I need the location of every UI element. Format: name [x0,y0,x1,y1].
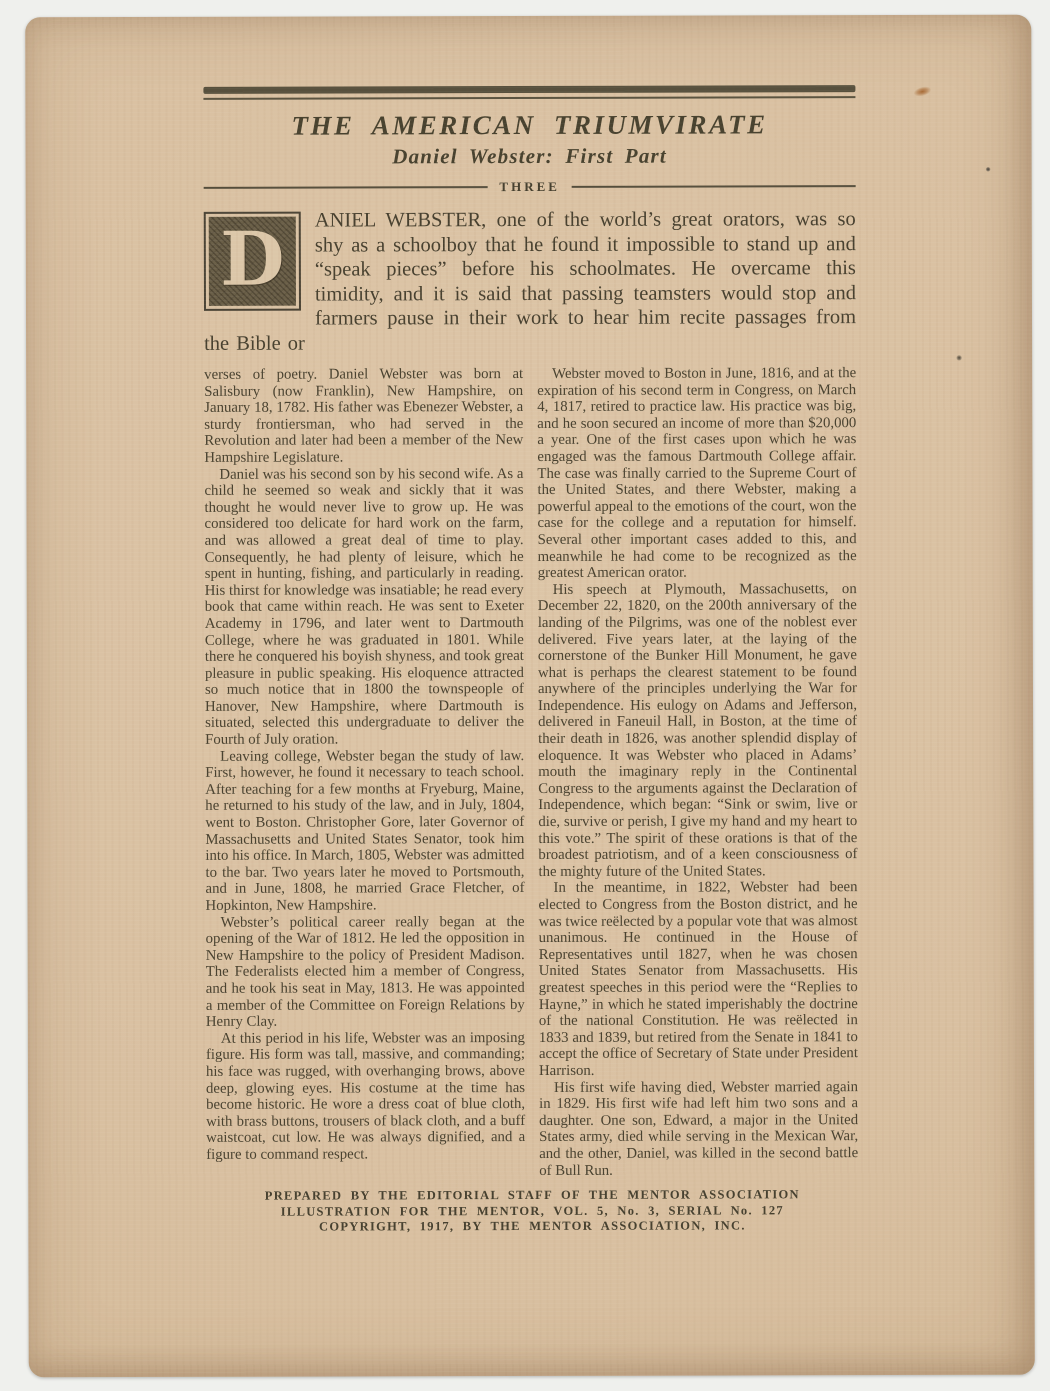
part-number-row: THREE [204,178,856,196]
column-left: verses of poetry. Daniel Webster was bor… [204,366,525,1180]
paragraph: Webster’s political career really began … [206,914,525,1031]
top-rule-thin [203,96,855,100]
drop-cap-hatch: D [209,217,296,306]
paragraph: Webster moved to Boston in June, 1816, a… [537,365,857,582]
paper-speck [956,355,962,361]
paper-speck [986,167,991,172]
part-rule-right [572,185,856,188]
part-number-label: THREE [499,179,560,195]
page-header: THE AMERICAN TRIUMVIRATE Daniel Webster:… [203,85,855,196]
paragraph: Daniel was his second son by his second … [204,466,524,749]
page-footer: PREPARED BY THE EDITORIAL STAFF OF THE M… [206,1187,858,1235]
page-title: THE AMERICAN TRIUMVIRATE [203,109,855,142]
page-subtitle: Daniel Webster: First Part [204,143,856,170]
lede-text: ANIEL WEBSTER, one of the world’s great … [204,208,856,354]
footer-line-1: PREPARED BY THE EDITORIAL STAFF OF THE M… [206,1187,858,1204]
drop-cap-block: D [204,212,301,311]
paragraph: His first wife having died, Webster marr… [539,1079,858,1179]
footer-line-3: COPYRIGHT, 1917, BY THE MENTOR ASSOCIATI… [206,1218,858,1235]
paragraph: His speech at Plymouth, Massachusetts, o… [538,581,858,881]
magazine-page: THE AMERICAN TRIUMVIRATE Daniel Webster:… [25,15,1035,1378]
column-right: Webster moved to Boston in June, 1816, a… [537,365,858,1179]
top-rule-thick [203,85,855,94]
paper-stain [913,85,933,98]
part-rule-left [204,186,488,189]
scanner-bed: { "header": { "title": "THE AMERICAN TRI… [0,0,1050,1391]
paragraph: verses of poetry. Daniel Webster was bor… [204,366,523,466]
article-columns: verses of poetry. Daniel Webster was bor… [204,365,858,1180]
paragraph: Leaving college, Webster began the study… [205,748,524,915]
drop-cap-letter: D [220,222,284,296]
paragraph: In the meantime, in 1822, Webster had be… [538,880,858,1080]
lede-paragraph: DANIEL WEBSTER, one of the world’s great… [204,207,856,356]
paragraph: At this period in his life, Webster was … [206,1030,525,1164]
page-content: THE AMERICAN TRIUMVIRATE Daniel Webster:… [203,85,858,1235]
footer-line-2: ILLUSTRATION FOR THE MENTOR, VOL. 5, No.… [206,1203,858,1220]
